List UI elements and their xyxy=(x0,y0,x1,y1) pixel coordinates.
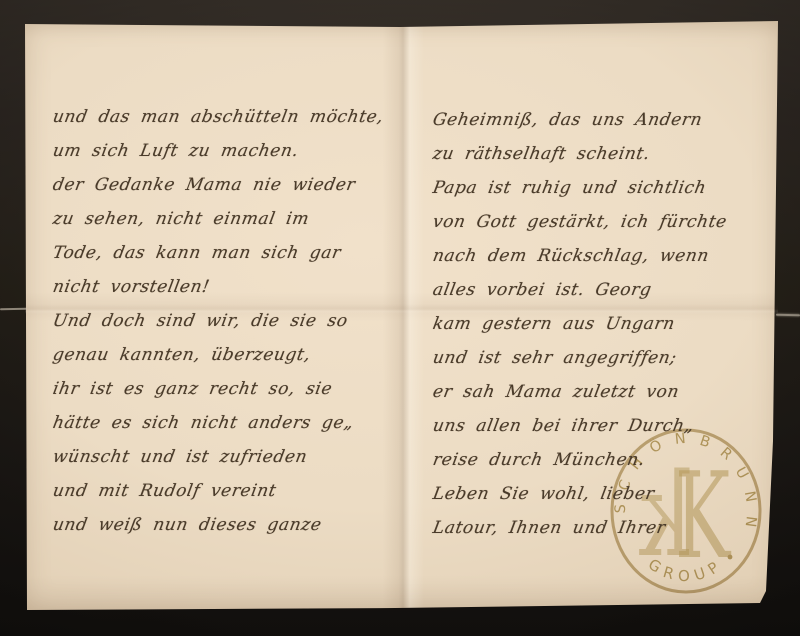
handwriting-line: ihr ist es ganz recht so, sie xyxy=(50,372,408,406)
handwriting-line: kam gestern aus Ungarn xyxy=(430,307,784,341)
handwriting-line: Latour, Ihnen und Ihrer xyxy=(430,511,784,545)
letter-page-right: Geheimniß, das uns Andern zu räthselhaft… xyxy=(430,103,778,545)
handwriting-line: er sah Mama zuletzt von xyxy=(430,375,784,409)
handwriting-line: und ist sehr angegriffen; xyxy=(430,341,784,375)
handwriting-line: hätte es sich nicht anders ge„ xyxy=(50,406,408,440)
handwriting-line: reise durch München. xyxy=(430,443,784,477)
handwriting-line: und weiß nun dieses ganze xyxy=(50,508,408,542)
handwriting-line: wünscht und ist zufrieden xyxy=(50,440,408,474)
handwriting-line: Papa ist ruhig und sichtlich xyxy=(430,171,784,205)
handwriting-line: der Gedanke Mama nie wieder xyxy=(50,168,408,202)
handwriting-line: und das man abschütteln möchte, xyxy=(50,100,408,134)
handwriting-line: uns allen bei ihrer Durch„ xyxy=(430,409,784,443)
handwriting-line: Tode, das kann man sich gar xyxy=(50,236,408,270)
handwriting-line: um sich Luft zu machen. xyxy=(50,134,408,168)
handwriting-line: alles vorbei ist. Georg xyxy=(430,273,784,307)
handwriting-line: zu räthselhaft scheint. xyxy=(430,137,784,171)
handwriting-line: von Gott gestärkt, ich fürchte xyxy=(430,205,784,239)
handwriting-line: und mit Rudolf vereint xyxy=(50,474,408,508)
handwriting-line: Leben Sie wohl, lieber xyxy=(430,477,784,511)
letter-page-left: und das man abschütteln möchte, um sich … xyxy=(50,100,402,542)
handwriting-line: genau kannten, überzeugt, xyxy=(50,338,408,372)
handwriting-line: nach dem Rückschlag, wenn xyxy=(430,239,784,273)
watermark-separator-dot xyxy=(728,555,733,560)
scratch-mark-left xyxy=(0,308,27,311)
handwriting-line: nicht vorstellen! xyxy=(50,270,408,304)
handwriting-line: Und doch sind wir, die sie so xyxy=(50,304,408,338)
handwriting-line: Geheimniß, das uns Andern xyxy=(430,103,784,137)
handwriting-line: zu sehen, nicht einmal im xyxy=(50,202,408,236)
photo-background: k K SCHÖNBRUNN GROUP und das man abschüt… xyxy=(0,0,800,636)
